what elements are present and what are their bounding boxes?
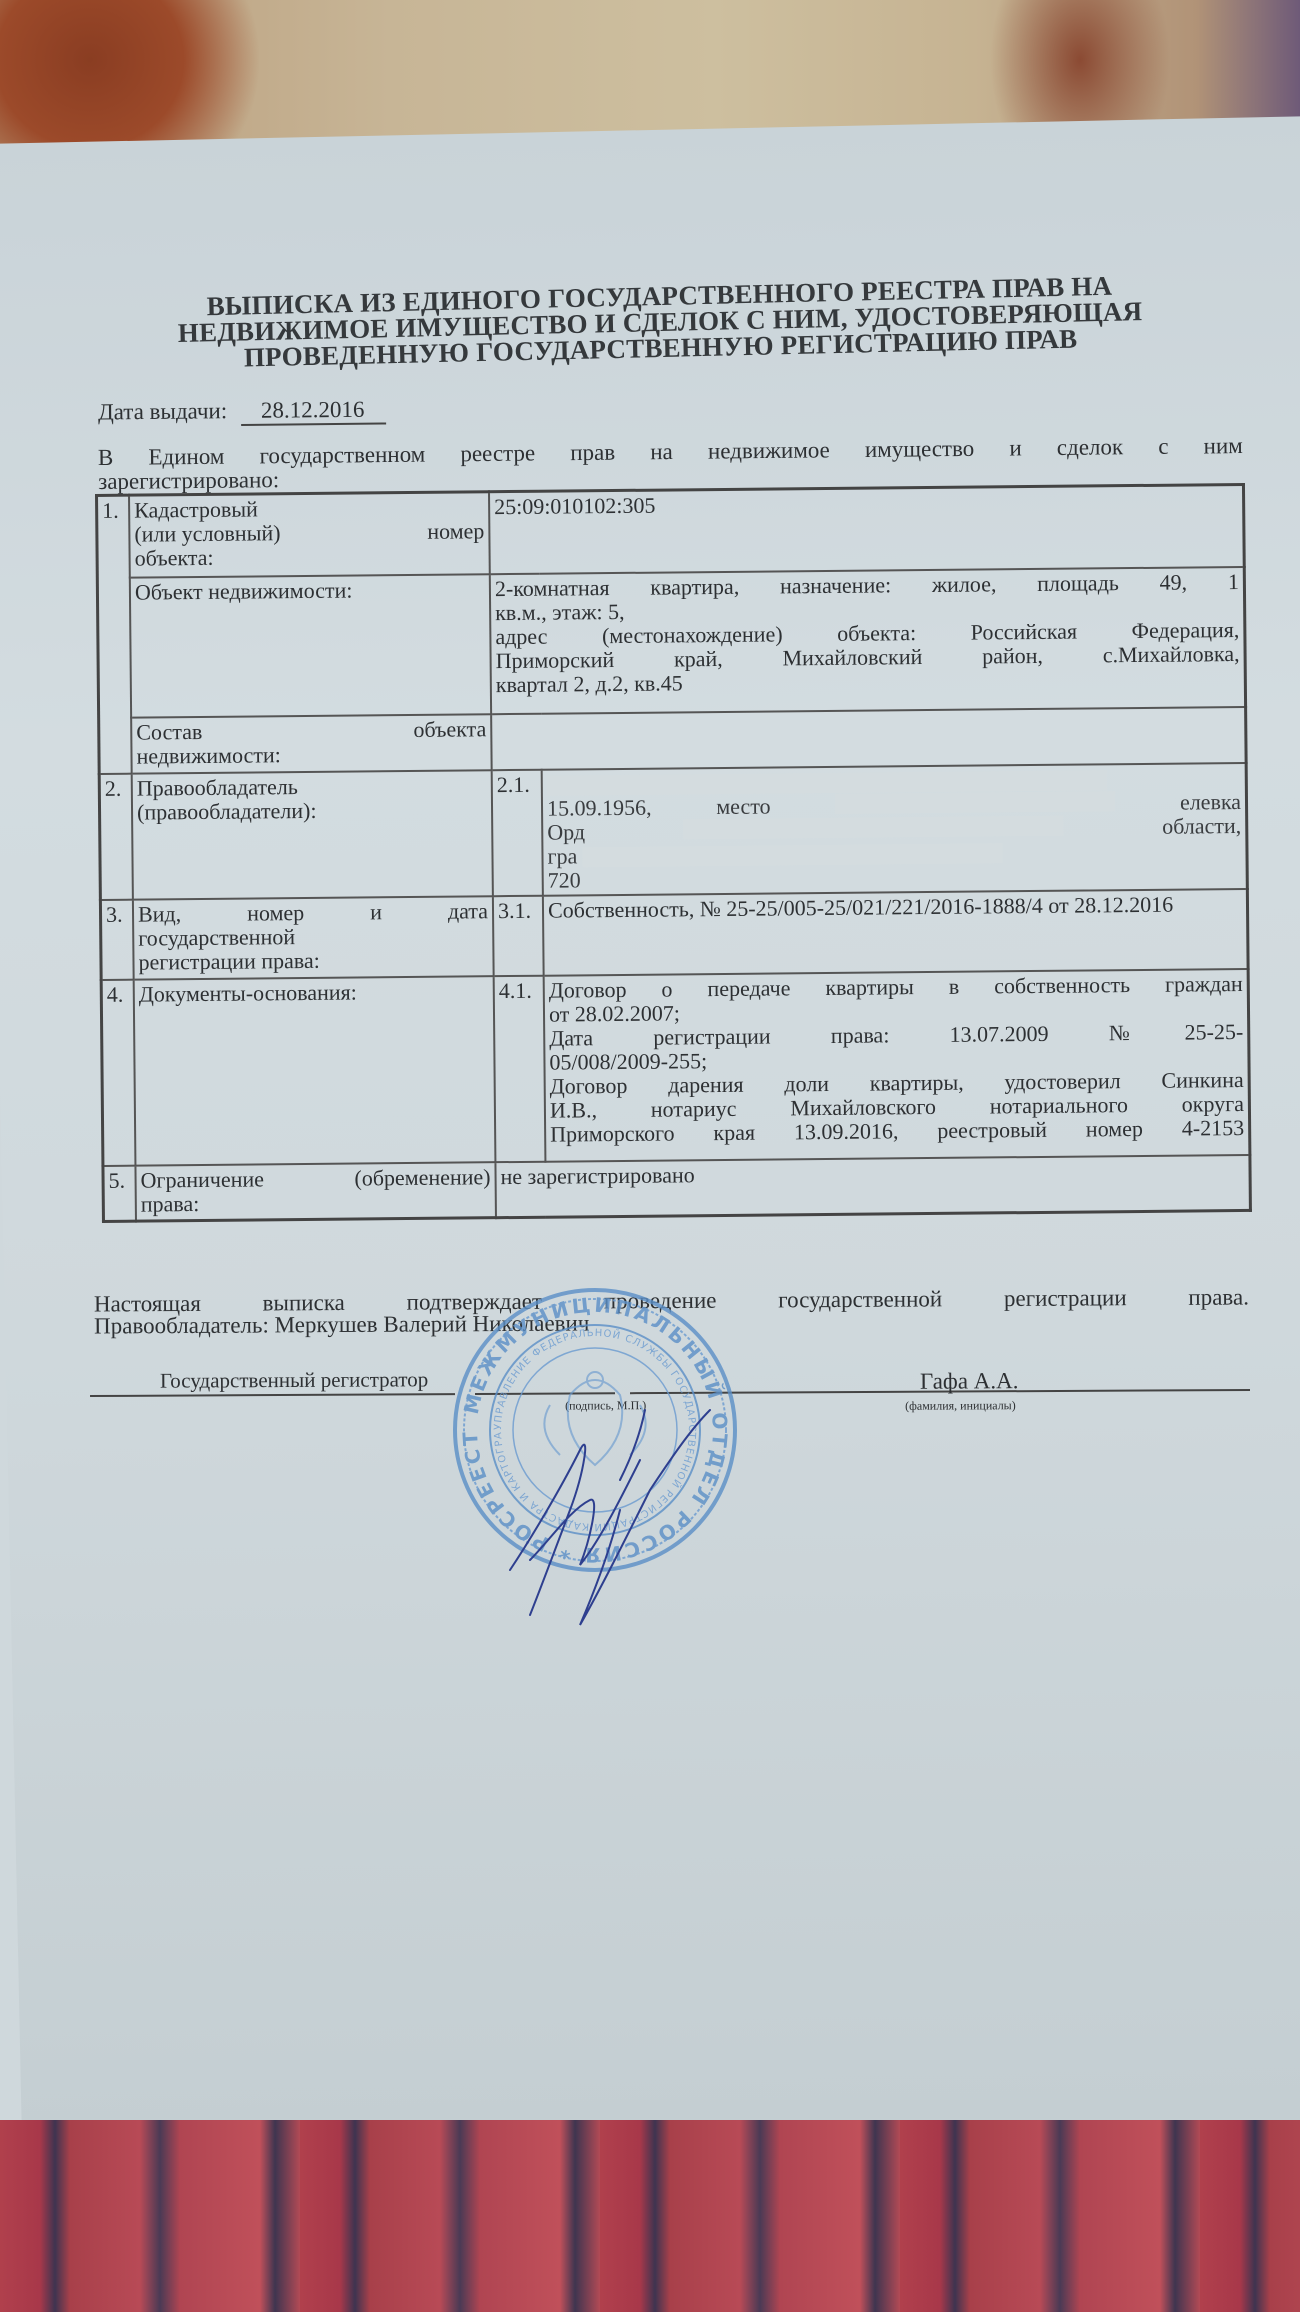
word: и — [1009, 436, 1022, 460]
fragment: место — [716, 794, 771, 819]
label-line: регистрации права: — [138, 947, 488, 974]
table-row: 4. Документы-основания: 4.1. Договор о п… — [101, 968, 1250, 1165]
registrar-name: Гафа А.А. — [920, 1368, 1019, 1395]
label-word: номер — [427, 519, 484, 544]
handwritten-signature-icon — [470, 1390, 730, 1630]
label-line: государственной — [138, 923, 488, 950]
label-line: Состав объекта — [136, 717, 486, 744]
encumbrance-value: не зарегистрировано — [495, 1154, 1250, 1217]
word: на — [650, 440, 673, 464]
sub-number: 4.1. — [494, 975, 546, 1161]
label-word: Ограничение — [140, 1167, 264, 1192]
label-line: (правообладатели): — [137, 797, 487, 824]
row-label-rightsholder: Правообладатель (правообладатели): — [132, 770, 493, 899]
label-line: недвижимости: — [136, 741, 486, 768]
word: реестре — [460, 441, 535, 466]
label-word: Состав — [136, 719, 202, 744]
rightsholder-value-redacted: 15.09.1956, место елевка Орд области, гр… — [542, 762, 1248, 895]
label-line: права: — [141, 1189, 491, 1216]
label-word: Вид, — [138, 902, 181, 926]
value-line: квартал 2, д.2, кв.45 — [496, 666, 1240, 697]
redaction-mask — [684, 815, 1064, 839]
table-row: 1. Кадастровый (или условный) номер объе… — [97, 484, 1245, 577]
row-label-composition: Состав объекта недвижимости: — [131, 714, 492, 773]
registrar-label: Государственный регистратор — [160, 1367, 428, 1393]
document-content: ВЫПИСКА ИЗ ЕДИНОГО ГОСУДАРСТВЕННОГО РЕЕС… — [0, 0, 1300, 2312]
row-label-basis-documents: Документы-основания: — [134, 976, 496, 1165]
word: В — [98, 446, 114, 470]
row-label-right-type: Вид, номер и дата государственной регист… — [133, 896, 494, 979]
basis-documents-value: Договор о передаче квартиры в собственно… — [544, 968, 1250, 1161]
word: имущество — [865, 437, 975, 462]
label-word: (или условный) — [134, 521, 280, 546]
redaction-mask — [583, 844, 1003, 868]
label-line: объекта: — [135, 543, 485, 570]
value-line: Приморского края 13.09.2016, реестровый … — [550, 1115, 1244, 1146]
issue-date-value: 28.12.2016 — [241, 396, 387, 426]
table-row: 2. Правообладатель (правообладатели): 2.… — [99, 762, 1247, 899]
row-label-cadastral: Кадастровый (или условный) номер объекта… — [129, 492, 490, 577]
fragment: 720 — [548, 867, 581, 892]
sub-number: 3.1. — [493, 895, 544, 975]
row-number: 3. — [100, 899, 133, 979]
fragment: гра — [547, 843, 577, 868]
word: прав — [570, 441, 615, 465]
cadastral-number-value: 25:09:010102:305 — [489, 484, 1244, 573]
word: государственном — [259, 443, 425, 469]
composition-value — [491, 706, 1246, 769]
label-word: и — [370, 900, 382, 924]
sub-number: 2.1. — [492, 769, 543, 895]
label-line: Ограничение (обременение) — [140, 1165, 490, 1192]
signature-line-1 — [90, 1393, 455, 1397]
registration-record-value: Собственность, № 25-25/005-25/021/221/20… — [543, 888, 1248, 975]
table-row: Объект недвижимости: 2-комнатная квартир… — [97, 566, 1245, 717]
label-word: (обременение) — [354, 1165, 490, 1190]
word: недвижимое — [708, 438, 830, 463]
row-label-object: Объект недвижимости: — [130, 574, 491, 717]
fragment: елевка — [1180, 790, 1241, 815]
word: регистрации — [1004, 1287, 1127, 1310]
word: государственной — [778, 1288, 942, 1311]
document-title: ВЫПИСКА ИЗ ЕДИНОГО ГОСУДАРСТВЕННОГО РЕЕС… — [149, 271, 1171, 372]
registry-table: 1. Кадастровый (или условный) номер объе… — [95, 483, 1252, 1223]
fragment: 15.09.1956, — [547, 795, 652, 820]
word: с — [1158, 435, 1168, 459]
row-number: 2. — [99, 773, 133, 899]
issue-date: Дата выдачи: 28.12.2016 — [98, 396, 387, 427]
row-label-encumbrance: Ограничение (обременение) права: — [135, 1162, 496, 1221]
label-line: (или условный) номер — [134, 519, 484, 546]
fragment: области, — [1162, 814, 1241, 839]
label-word: дата — [448, 899, 488, 923]
label-line: Вид, номер и дата — [138, 899, 488, 926]
redaction-mask — [835, 791, 1115, 814]
word: Едином — [148, 445, 224, 470]
issue-date-label: Дата выдачи: — [98, 398, 227, 424]
row-number: 1. — [97, 495, 132, 773]
label-word: номер — [247, 901, 304, 926]
label-line: Правообладатель — [137, 773, 487, 800]
word: ним — [1203, 434, 1242, 458]
label-word: объекта — [413, 717, 486, 742]
row-number: 4. — [101, 979, 135, 1165]
table-row: 3. Вид, номер и дата государственной рег… — [100, 888, 1248, 979]
object-description-value: 2-комнатная квартира, назначение: жилое,… — [490, 566, 1246, 713]
name-caption: (фамилия, инициалы) — [905, 1398, 1016, 1414]
word: сделок — [1057, 435, 1124, 460]
row-number: 5. — [103, 1165, 136, 1221]
table-row: 5. Ограничение (обременение) права: не з… — [103, 1154, 1250, 1221]
fragment: Орд — [547, 820, 585, 844]
word: права. — [1188, 1286, 1249, 1308]
